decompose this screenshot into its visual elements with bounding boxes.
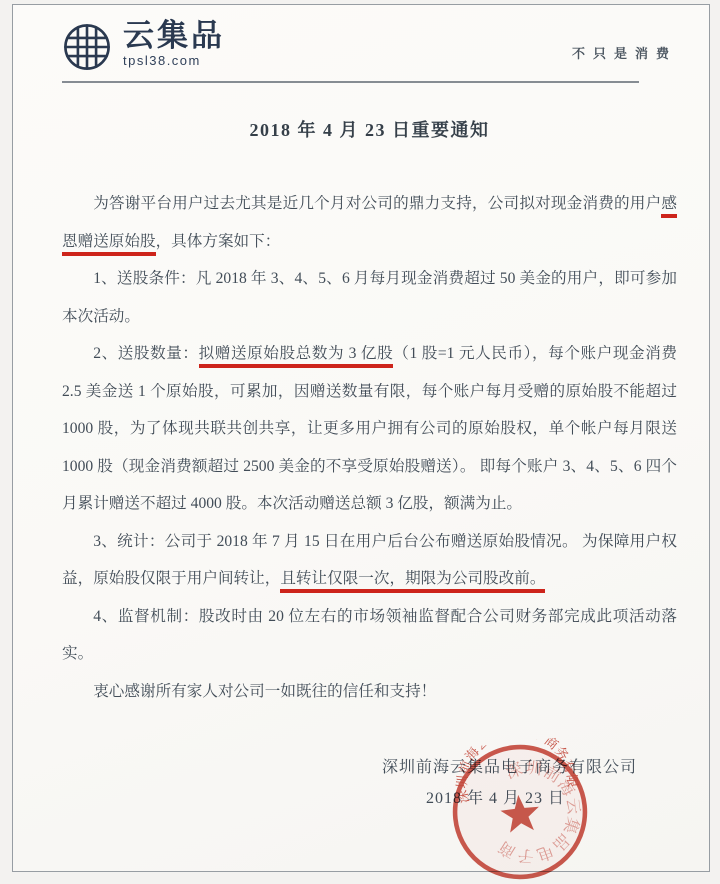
company-slogan: 不只是消费 xyxy=(572,43,677,62)
item-2-lead: 2、送股数量： xyxy=(93,345,198,362)
notice-title: 2018 年 4 月 23 日重要通知 xyxy=(62,116,677,142)
scanned-notice: 云集品 tpsl38.com 不只是消费 2018 年 4 月 23 日重要通知… xyxy=(0,0,720,884)
logo-domain: tpsl38.com xyxy=(123,53,225,68)
closing-thanks: 衷心感谢所有家人对公司一如既往的信任和支持！ xyxy=(62,673,677,711)
logo-wordmark: 云集品 tpsl38.com xyxy=(123,19,225,68)
intro-paragraph: 为答谢平台用户过去尤其是近几个月对公司的鼎力支持，公司拟对现金消费的用户感恩赠送… xyxy=(62,185,677,260)
company-seal-stamp: 深圳前海云集品电子商务有限公司 深圳前海云集品电子商务有限公司 xyxy=(443,735,597,884)
item-3-statistics: 3、统计：公司于 2018 年 7 月 15 日在用户后台公布赠送原始股情况。 … xyxy=(62,523,677,598)
notice-body: 为答谢平台用户过去尤其是近几个月对公司的鼎力支持，公司拟对现金消费的用户感恩赠送… xyxy=(62,185,677,710)
document-page: 云集品 tpsl38.com 不只是消费 2018 年 4 月 23 日重要通知… xyxy=(12,4,710,872)
item-4-text: 4、监督机制：股改时由 20 位左右的市场领袖监督配合公司财务部完成此项活动落实… xyxy=(62,608,677,663)
company-logo: 云集品 tpsl38.com xyxy=(62,19,225,72)
intro-text: 为答谢平台用户过去尤其是近几个月对公司的鼎力支持，公司拟对现金消费的用户 xyxy=(93,195,661,212)
red-underlined-phrase: 拟赠送原始股总数为 3 亿股 xyxy=(199,345,394,368)
intro-text-tail: ，具体方案如下： xyxy=(156,233,281,250)
item-2-quantity: 2、送股数量：拟赠送原始股总数为 3 亿股（1 股=1 元人民币），每个账户现金… xyxy=(62,335,677,523)
letterhead: 云集品 tpsl38.com 不只是消费 xyxy=(62,19,677,72)
globe-grid-icon xyxy=(62,19,112,72)
closing-text: 衷心感谢所有家人对公司一如既往的信任和支持！ xyxy=(93,683,436,700)
item-4-supervision: 4、监督机制：股改时由 20 位左右的市场领袖监督配合公司财务部完成此项活动落实… xyxy=(62,598,677,673)
red-underlined-phrase: 且转让仅限一次，期限为公司股改前。 xyxy=(280,570,545,593)
item-1-text: 1、送股条件：凡 2018 年 3、4、5、6 月每月现金消费超过 50 美金的… xyxy=(62,270,677,325)
item-1-conditions: 1、送股条件：凡 2018 年 3、4、5、6 月每月现金消费超过 50 美金的… xyxy=(62,260,677,335)
letterhead-divider xyxy=(62,81,639,83)
logo-company-name: 云集品 xyxy=(123,19,225,53)
item-2-text-tail: （1 股=1 元人民币），每个账户现金消费 2.5 美金送 1 个原始股，可累加… xyxy=(62,345,677,512)
